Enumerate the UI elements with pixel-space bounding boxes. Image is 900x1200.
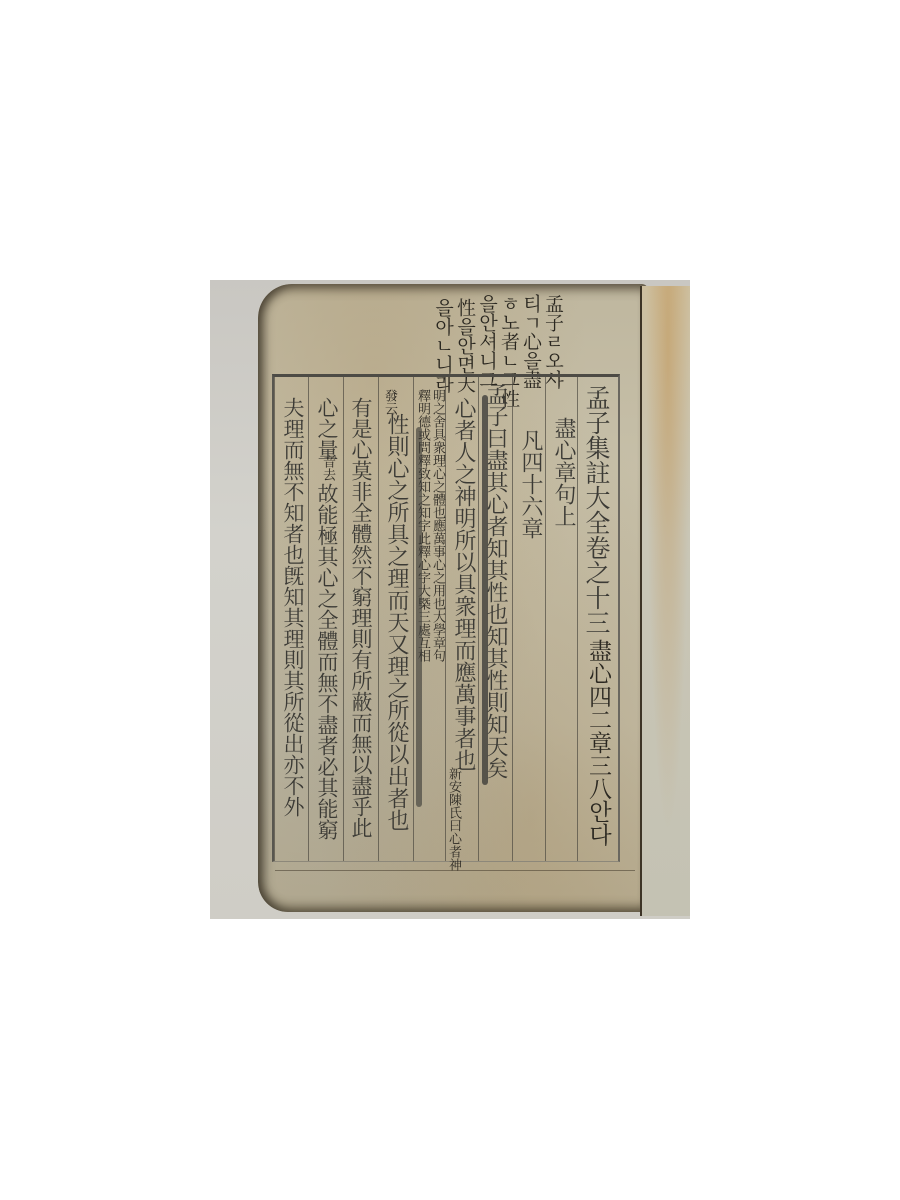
commentary-column: 心之量 bbox=[312, 397, 342, 460]
commentary-column: 故能極其心之全體而無不盡者必其能窮 bbox=[312, 483, 342, 840]
paper-crease bbox=[275, 870, 635, 871]
adjacent-page-edge bbox=[640, 286, 690, 916]
text-frame: 孟子集註大全卷之十三 盡心四二章三八안다 盡心章句上 凡四十六章 孟子曰盡其心者… bbox=[272, 374, 620, 862]
column-rule bbox=[545, 377, 546, 861]
commentary-column: 夫理而無不知者也旣知其理則其所從出亦不外 bbox=[278, 397, 308, 817]
column-rule bbox=[378, 377, 379, 861]
column-rule bbox=[308, 377, 309, 861]
handwritten-title-annotation: 盡心四二章三八안다 bbox=[582, 639, 615, 846]
manuscript-photo: 孟子ㄹ오샤 티ㄱ心을盡 ㅎ노者ㄴ그性 을안셔니그 性을안면天 을아ㄴ니라 孟子集… bbox=[210, 280, 690, 919]
volume-title: 孟子集註大全卷之十三 bbox=[580, 385, 612, 635]
column-rule bbox=[413, 377, 414, 861]
commentary-column: 性則心之所具之理而天又理之所從以出者也 bbox=[381, 413, 411, 831]
small-annotation: 音去 bbox=[320, 455, 335, 481]
column-rule bbox=[478, 377, 479, 861]
chapter-heading: 盡心章句上 bbox=[548, 417, 578, 527]
column-rule bbox=[512, 377, 513, 861]
commentary-column: 心者人之神明所以具衆理而應萬事者也 bbox=[448, 397, 478, 771]
column-rule bbox=[274, 377, 275, 861]
commentary-small: 發云 bbox=[382, 389, 397, 415]
chapter-count: 凡四十六章 bbox=[515, 429, 545, 539]
commentary-small: 新安陳氏曰心者神 bbox=[446, 767, 461, 871]
column-rule bbox=[343, 377, 344, 861]
ink-mark-line bbox=[482, 395, 488, 785]
commentary-column: 有是心莫非全體然不窮理則有所蔽而無以盡乎此 bbox=[346, 397, 376, 838]
commentary-small: 明之舍具衆理心之體也應萬事心之用也大學章句 bbox=[430, 389, 445, 662]
ink-mark-line bbox=[416, 427, 422, 807]
